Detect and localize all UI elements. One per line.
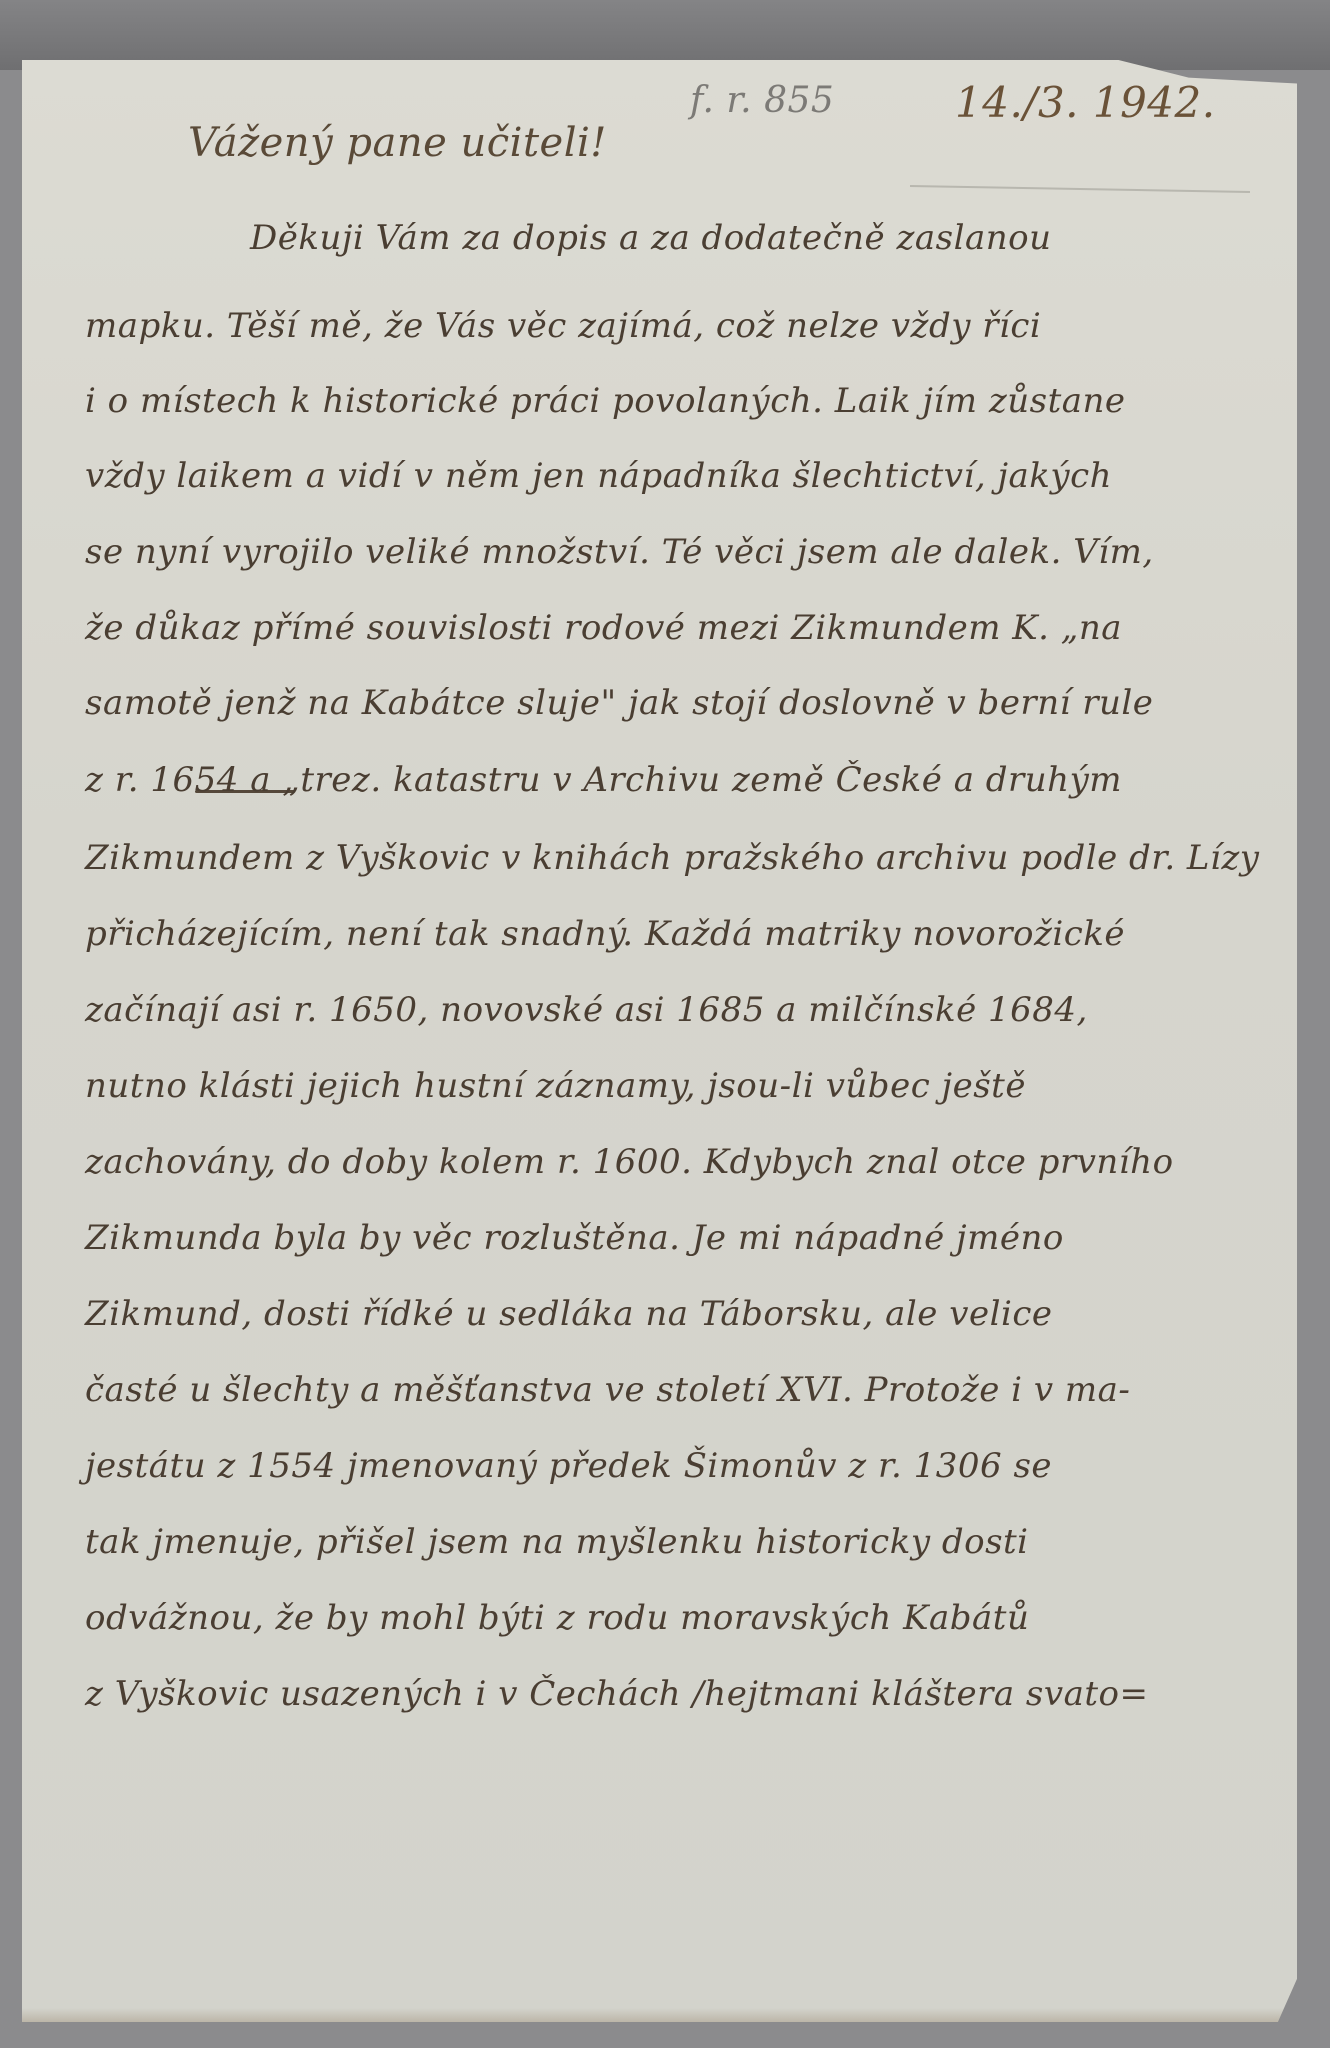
letter-line-7: samotě jenž na Kabátce sluje" jak stojí … [85,683,1153,723]
letter-line-9: Zikmundem z Vyškovic v knihách pražského… [85,838,1260,878]
letter-line-3: i o místech k historické práci povolanýc… [85,381,1126,421]
letter-line-11: začínají asi r. 1650, novovské asi 1685 … [85,990,1088,1030]
letter-line-5: se nyní vyrojilo veliké množství. Té věc… [85,532,1154,572]
letter-line-16: časté u šlechty a měšťanstva ve století … [85,1370,1130,1410]
letter-line-12: nutno klásti jejich hustní záznamy, jsou… [85,1066,1026,1106]
letter-line-4: vždy laikem a vidí v něm jen nápadníka š… [85,456,1112,496]
letter-line-13: zachovány, do doby kolem r. 1600. Kdybyc… [85,1142,1174,1182]
letter-line-10: přicházejícím, není tak snadný. Každá ma… [85,914,1125,954]
archive-reference-note: f. r. 855 [690,80,834,121]
letter-line-14: Zikmunda byla by věc rozluštěna. Je mi n… [85,1218,1064,1258]
letter-line-15: Zikmund, dosti řídké u sedláka na Tábors… [85,1294,1052,1334]
letter-date: 14./3. 1942. [955,78,1216,127]
letter-page [22,60,1297,2022]
letter-line-1: Děkuji Vám za dopis a za dodatečně zasla… [250,218,1052,258]
letter-line-8: z r. 1654 a „trez. katastru v Archivu ze… [85,760,1122,800]
letter-line-19: odvážnou, že by mohl býti z rodu moravsk… [85,1598,1029,1638]
background-shadow [0,0,1330,70]
letter-line-6: že důkaz přímé souvislosti rodové mezi Z… [85,608,1122,648]
letter-line-17: jestátu z 1554 jmenovaný předek Šimonův … [85,1446,1052,1486]
letter-greeting: Vážený pane učiteli! [188,120,607,166]
letter-line-18: tak jmenuje, přišel jsem na myšlenku his… [85,1522,1029,1562]
letter-line-2: mapku. Těší mě, že Vás věc zajímá, což n… [85,306,1041,346]
letter-line-20: z Vyškovic usazených i v Čechách /hejtma… [85,1674,1148,1714]
